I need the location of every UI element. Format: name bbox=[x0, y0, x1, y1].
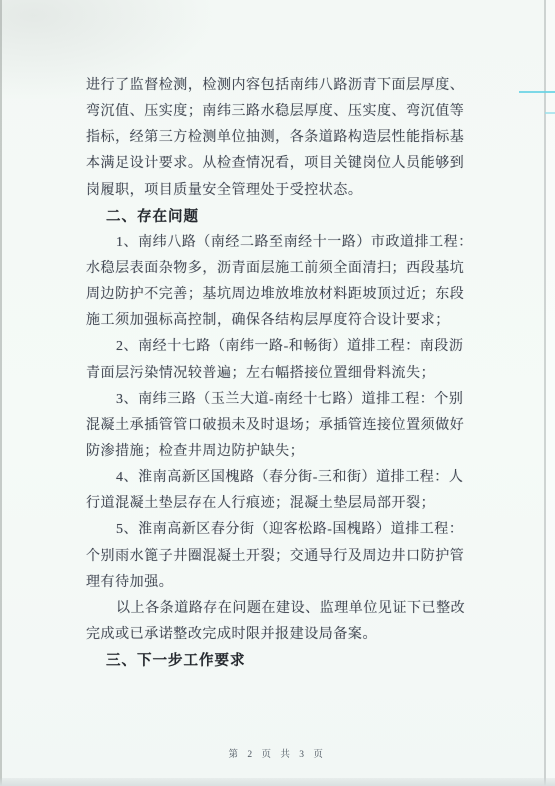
text-line: 进行了监督检测，检测内容包括南纬八路沥青下面层厚度、 bbox=[86, 73, 516, 99]
list-item-line-road-1: 1、南纬八路（南经二路至南经十一路）市政道排工程： bbox=[86, 230, 516, 256]
scan-edge-left bbox=[0, 0, 2, 786]
scan-edge-right-line bbox=[544, 0, 546, 786]
text-line: 完成或已承诺整改完成时限并报建设局备案。 bbox=[86, 622, 516, 648]
text-line: 岗履职，项目质量安全管理处于受控状态。 bbox=[86, 178, 516, 204]
text-line: 行道混凝土垫层存在人行痕迹；混凝土垫层局部开裂； bbox=[86, 491, 516, 517]
list-item-line-road-5: 5、淮南高新区春分街（迎客松路-国槐路）道排工程： bbox=[86, 517, 516, 543]
page-number-indicator: 第 2 页 共 3 页 bbox=[0, 746, 555, 760]
text-line: 水稳层表面杂物多，沥青面层施工前须全面清扫；西段基坑 bbox=[86, 256, 516, 282]
section-heading-existing-problems: 二、存在问题 bbox=[86, 204, 516, 230]
text-line: 周边防护不完善；基坑周边堆放堆放材料距坡顶过近；东段 bbox=[86, 282, 516, 308]
text-line: 弯沉值、压实度；南纬三路水稳层厚度、压实度、弯沉值等 bbox=[86, 99, 516, 125]
text-line: 本满足设计要求。从检查情况看，项目关键岗位人员能够到 bbox=[86, 151, 516, 177]
text-line: 理有待加强。 bbox=[86, 570, 516, 596]
text-line-rectification-summary: 以上各条道路存在问题在建设、监理单位见证下已整改 bbox=[86, 596, 516, 622]
text-line: 青面层污染情况较普遍；左右幅搭接位置细骨料流失； bbox=[86, 361, 516, 387]
scan-edge-bottom bbox=[0, 778, 555, 786]
scan-edge-right-paper bbox=[546, 0, 555, 786]
list-item-line-road-3: 3、南纬三路（玉兰大道-南经十七路）道排工程：个别 bbox=[86, 387, 516, 413]
list-item-line-road-2: 2、南经十七路（南纬一路-和畅街）道排工程：南段沥 bbox=[86, 334, 516, 360]
scan-mark-cyan-2 bbox=[545, 112, 555, 114]
text-line: 防渗措施；检查井周边防护缺失； bbox=[86, 439, 516, 465]
scanned-document-page: 进行了监督检测，检测内容包括南纬八路沥青下面层厚度、 弯沉值、压实度；南纬三路水… bbox=[0, 0, 555, 786]
list-item-line-road-4: 4、淮南高新区国槐路（春分街-三和街）道排工程：人 bbox=[86, 465, 516, 491]
text-line: 个别雨水篦子井圈混凝土开裂；交通导行及周边井口防护管 bbox=[86, 544, 516, 570]
text-line: 施工须加强标高控制，确保各结构层厚度符合设计要求； bbox=[86, 308, 516, 334]
section-heading-next-steps: 三、下一步工作要求 bbox=[86, 648, 516, 674]
scan-mark-cyan-1 bbox=[519, 91, 555, 93]
text-line: 指标，经第三方检测单位抽测，各条道路构造层性能指标基 bbox=[86, 125, 516, 151]
document-text-block: 进行了监督检测，检测内容包括南纬八路沥青下面层厚度、 弯沉值、压实度；南纬三路水… bbox=[86, 73, 516, 674]
text-line: 混凝土承插管管口破损未及时退场；承插管连接位置须做好 bbox=[86, 413, 516, 439]
